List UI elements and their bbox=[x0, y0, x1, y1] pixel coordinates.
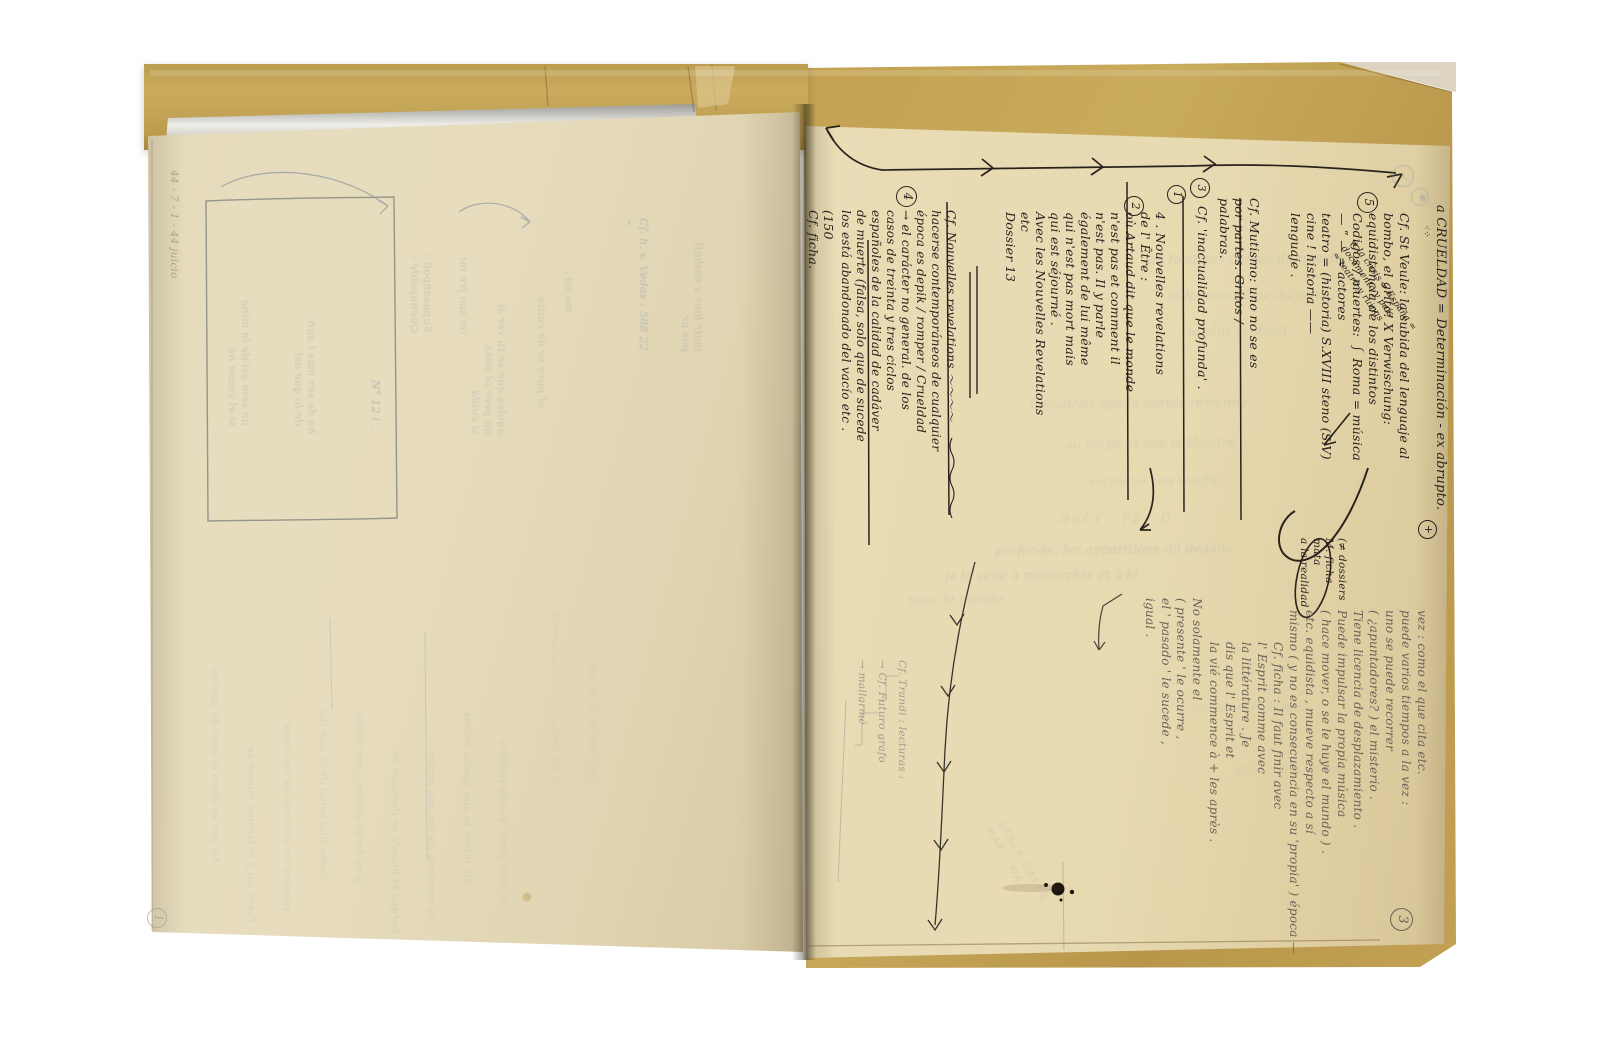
ghost-illegible: de cada gesto y cada palabra bbox=[497, 608, 510, 908]
section-4-text: Cf. Nouvelles revelations ～～～～hacerse co… bbox=[838, 210, 958, 562]
ghost-illegible: Supusanpoli :Quennpaide : bbox=[408, 193, 434, 333]
ghost-illegible: ha de ser mas i aun :: de lo que asi bbox=[292, 246, 318, 434]
ghost-illegible: porque el mundo se deshace en bbox=[389, 574, 402, 934]
margin-date: 44 - 7 - 1 - 44 juicio bbox=[167, 170, 180, 325]
ghost-illegible: tal vez se diera el caso de que no bbox=[209, 572, 222, 862]
ghost-showthrough-line: comme si le temps bbox=[1185, 699, 1385, 716]
ghost-vedas: Cf. h. v. Vedas : 588 22~ bbox=[622, 218, 650, 450]
title-dots: ⁖⁘ bbox=[1421, 224, 1431, 244]
title-crueldad: a CRUELDAD = Determinación - ex abrupto. bbox=[1432, 205, 1448, 540]
circled-5: 5 bbox=[1357, 192, 1378, 213]
circled-1-left-page: 1 bbox=[147, 908, 167, 928]
ghost-illegible: al puro se de canta bbox=[535, 256, 548, 408]
ghost-showthrough-line: NRCY · PE · D bbox=[1060, 511, 1260, 528]
ghost-showthrough-line: et la monarchie du sens bbox=[1168, 287, 1393, 304]
scanned-manuscript-spread: Scanned spread of a tan folder holding t… bbox=[0, 0, 1600, 1037]
ghost-illegible: y sin embargo nada se pierde bbox=[549, 598, 562, 783]
pencil-diagram-lecturas: Cf. Trandi : lecturas :→ Cf. Futuro graf… bbox=[852, 660, 912, 895]
ghost-illegible: sin mirar lo que queda detrás bbox=[461, 584, 474, 884]
ghost-illegible: me mi . bbox=[562, 228, 575, 313]
ghost-showthrough-line: et la mort même bbox=[1235, 761, 1405, 778]
blue-circled-check: ✓ bbox=[1392, 165, 1414, 187]
ghost-illegible: la memoria de los que pasan bbox=[425, 588, 438, 918]
label-n12: N° 12 i . bbox=[369, 380, 382, 450]
circled-4: 4 bbox=[896, 186, 917, 207]
ghost-illegible: aqules que se tu ver siun peor ol misasi… bbox=[469, 220, 508, 435]
circled-3-top: 3 bbox=[1190, 178, 1210, 198]
pencil-no-solamente: No solamente el( presente ' le ocurre ,e… bbox=[1142, 598, 1204, 776]
pencil-ficha-esprit: Cf. ficha : Il faut finir avecl' Esprit … bbox=[1206, 642, 1286, 942]
ghost-showthrough-line: au fond des choses du monde bbox=[1148, 251, 1398, 269]
blue-circled-star: ✱ bbox=[1411, 188, 1429, 206]
ghost-showthrough-line: au corps et que le théâtre bbox=[1065, 435, 1350, 453]
circled-2: 2 bbox=[1124, 196, 1144, 216]
ghost-showthrough-line: retrouve son souffle bbox=[1090, 473, 1345, 491]
ghost-showthrough-line: le plus profond bbox=[1188, 323, 1393, 340]
ghost-illegible: matr hier a roshefipos ur . bbox=[679, 210, 705, 352]
ghost-illegible: todo vuelve a su lugar bbox=[587, 618, 600, 783]
ghost-illegible: como una señal de lo que fue bbox=[317, 578, 330, 878]
ghost-illegible: y no ha de volver a ser nunca bbox=[353, 598, 366, 883]
note-150-ficha: (150Cf. ficha. bbox=[806, 210, 836, 380]
ghost-illegible: fuera así y el tiempo mismo se bbox=[245, 568, 258, 923]
circled-plus: + bbox=[1418, 520, 1437, 539]
circled-3-bottom: 3 bbox=[1390, 908, 1413, 931]
ghost-illegible: quedara en el borde de las cosas bbox=[281, 584, 294, 914]
ghost-illegible: un sem asi de la minasi el causo no bbox=[226, 248, 252, 426]
ghost-showthrough-line: je la selle à monarchie et à la bbox=[945, 566, 1245, 584]
circled-1: 1 bbox=[1167, 185, 1186, 204]
ghost-showthrough-line: pour le monde bbox=[908, 591, 1118, 608]
